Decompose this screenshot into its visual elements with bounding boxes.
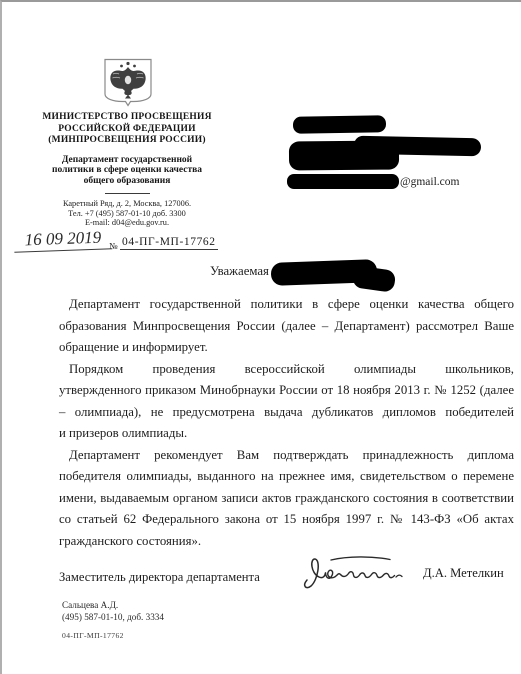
address-block: Каретный Ряд, д. 2, Москва, 127006. Тел.…	[20, 199, 234, 228]
handwritten-date: 16 09 2019	[14, 227, 113, 252]
signer-title: Заместитель директора департамента	[59, 570, 260, 585]
redaction-block	[354, 136, 481, 157]
address-email: E-mail: d04@edu.gov.ru.	[20, 218, 234, 228]
footer-reference: 04-ПГ-МП-17762	[62, 631, 124, 640]
header-divider	[105, 193, 150, 194]
department-line2: политики в сфере оценки качества	[20, 165, 234, 175]
number-sign: №	[109, 241, 118, 251]
executor-name: Сальцева А.Д.	[62, 600, 118, 610]
body-line: имени, выдаваемым органом записи актов г…	[59, 488, 514, 510]
coat-of-arms-icon	[103, 58, 153, 108]
ministry-name: МИНИСТЕРСТВО ПРОСВЕЩЕНИЯ РОССИЙСКОЙ ФЕДЕ…	[20, 112, 234, 147]
reference-number: 04-ПГ-МП-17762	[120, 236, 218, 250]
body-line: Департамент рекомендует Вам подтверждать…	[59, 445, 514, 467]
department-line3: общего образования	[20, 176, 234, 186]
body-text: Департамент государственной политики в с…	[59, 294, 514, 553]
body-line: образования Минпросвещения России (далее…	[59, 316, 514, 338]
redaction-block	[287, 174, 399, 189]
body-line: со статьей 62 Федерального закона от 15 …	[59, 509, 514, 531]
executor-phone: (495) 587-01-10, доб. 3334	[62, 612, 164, 622]
body-line: – олимпиада), не предусмотрена выдача ду…	[59, 402, 514, 424]
address-street: Каретный Ряд, д. 2, Москва, 127006.	[20, 199, 234, 209]
body-line: обращение и информирует.	[59, 337, 514, 359]
ministry-line2: РОССИЙСКОЙ ФЕДЕРАЦИИ	[20, 124, 234, 136]
body-line: и призеров олимпиады.	[59, 423, 514, 445]
ministry-line1: МИНИСТЕРСТВО ПРОСВЕЩЕНИЯ	[20, 112, 234, 124]
department-line1: Департамент государственной	[20, 155, 234, 165]
body-line: Департамент государственной политики в с…	[59, 294, 514, 316]
body-line: утвержденного приказом Минобрнауки Росси…	[59, 380, 514, 402]
department-name: Департамент государственной политики в с…	[20, 155, 234, 186]
address-phone: Тел. +7 (495) 587-01-10 доб. 3300	[20, 209, 234, 219]
handwritten-signature-icon	[300, 547, 428, 593]
body-line: Порядком проведения всероссийской олимпи…	[59, 359, 514, 381]
scanned-letter-page: МИНИСТЕРСТВО ПРОСВЕЩЕНИЯ РОССИЙСКОЙ ФЕДЕ…	[0, 0, 521, 674]
body-line: победителя олимпиады, выданного на прежн…	[59, 466, 514, 488]
recipient-email-suffix: @gmail.com	[400, 176, 459, 188]
redaction-block	[352, 265, 397, 293]
body-line: гражданского состояния».	[59, 531, 514, 553]
ministry-line3: (МИНПРОСВЕЩЕНИЯ РОССИИ)	[20, 135, 234, 147]
salutation: Уважаемая	[210, 264, 269, 279]
redaction-block	[293, 115, 386, 134]
signer-name: Д.А. Метелкин	[423, 566, 504, 581]
